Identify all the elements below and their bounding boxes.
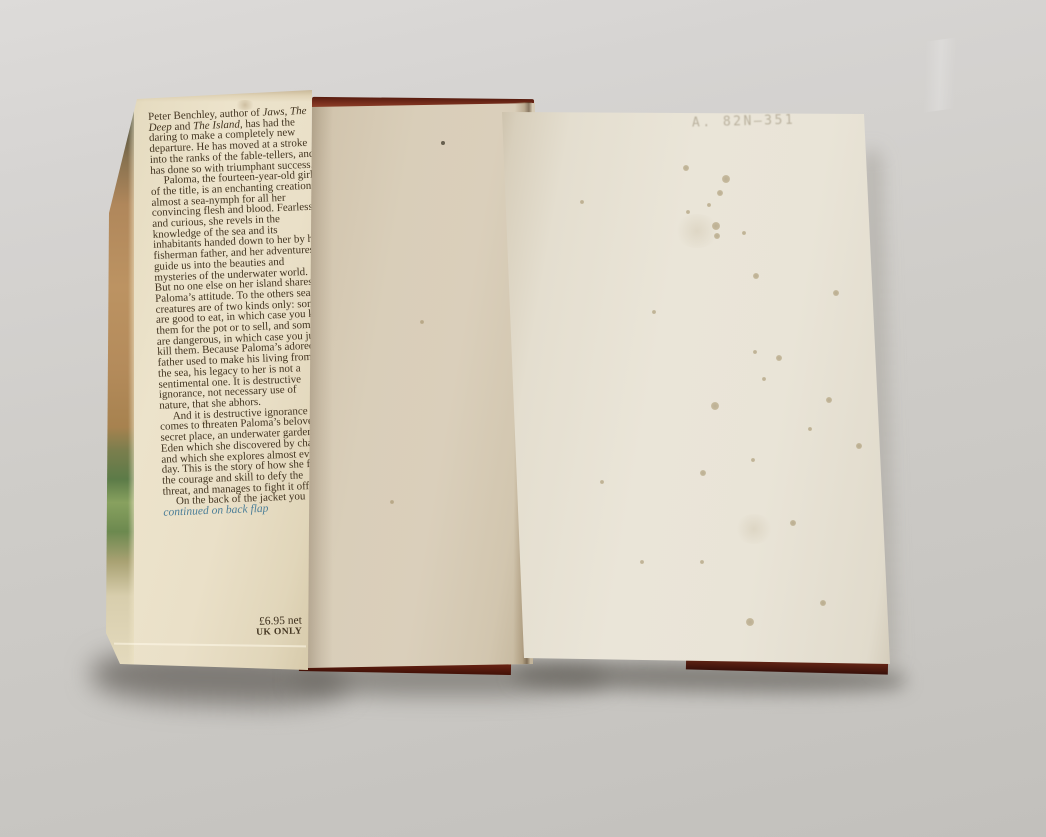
ink-stamp: A. 82N–351 <box>692 110 878 137</box>
foxing-spot <box>600 480 604 484</box>
photo-background: A. 82N–351 Peter Benchley, author of Jaw… <box>0 0 1046 837</box>
foxing-spot <box>776 355 782 361</box>
foxing-spot <box>753 273 759 279</box>
free-endpaper-page: A. 82N–351 <box>494 104 894 670</box>
foxing-spot <box>390 500 394 504</box>
foxing-spot <box>753 350 757 354</box>
flap-paragraph: Paloma, the fourteen-year-old girl of th… <box>150 170 329 412</box>
foxing-spot <box>711 402 719 410</box>
flap-text: Peter Benchley, author of Jaws, The Deep… <box>148 105 333 518</box>
foxing-spot <box>714 233 720 239</box>
flap-text-paragraphs: Peter Benchley, author of Jaws, The Deep… <box>148 105 333 507</box>
foxing-spot <box>762 377 766 381</box>
foxing-spot <box>717 190 723 196</box>
foxing-spot <box>751 458 755 462</box>
flap-worn-top-edge <box>132 88 316 102</box>
foxing-spot <box>700 560 704 564</box>
foxing-spot <box>826 397 832 403</box>
jacket-artwork-edge <box>104 88 134 672</box>
foxing-spot <box>686 210 690 214</box>
price-block: £6.95 net UK ONLY <box>196 615 303 640</box>
foxing-spot <box>790 520 796 526</box>
pastedown-endpaper <box>303 102 535 670</box>
foxing-spot <box>722 175 730 183</box>
paper-stain <box>734 514 774 544</box>
foxing-spot <box>808 427 812 431</box>
foxing-spot <box>420 320 424 324</box>
flap-paragraph: And it is destructive ignorance that com… <box>160 405 333 497</box>
market-label: UK ONLY <box>196 627 302 640</box>
foxing-spot <box>742 231 746 235</box>
foxing-spot <box>652 310 656 314</box>
foxing-spot <box>712 222 720 230</box>
foxing-spot <box>640 560 644 564</box>
foxing-spot <box>820 600 826 606</box>
foxing-spot <box>707 203 711 207</box>
paper-speck <box>441 141 445 145</box>
dust-jacket-flap: Peter Benchley, author of Jaws, The Deep… <box>104 88 316 672</box>
foxing-spot <box>746 618 754 626</box>
foxing-spot <box>683 165 689 171</box>
foxing-spot <box>580 200 584 204</box>
paper-stain <box>674 214 720 248</box>
foxing-spot <box>833 290 839 296</box>
flap-paragraph: Peter Benchley, author of Jaws, The Deep… <box>148 105 320 176</box>
foxing-spot <box>856 443 862 449</box>
foxing-spot <box>700 470 706 476</box>
flap-crease <box>114 643 306 648</box>
